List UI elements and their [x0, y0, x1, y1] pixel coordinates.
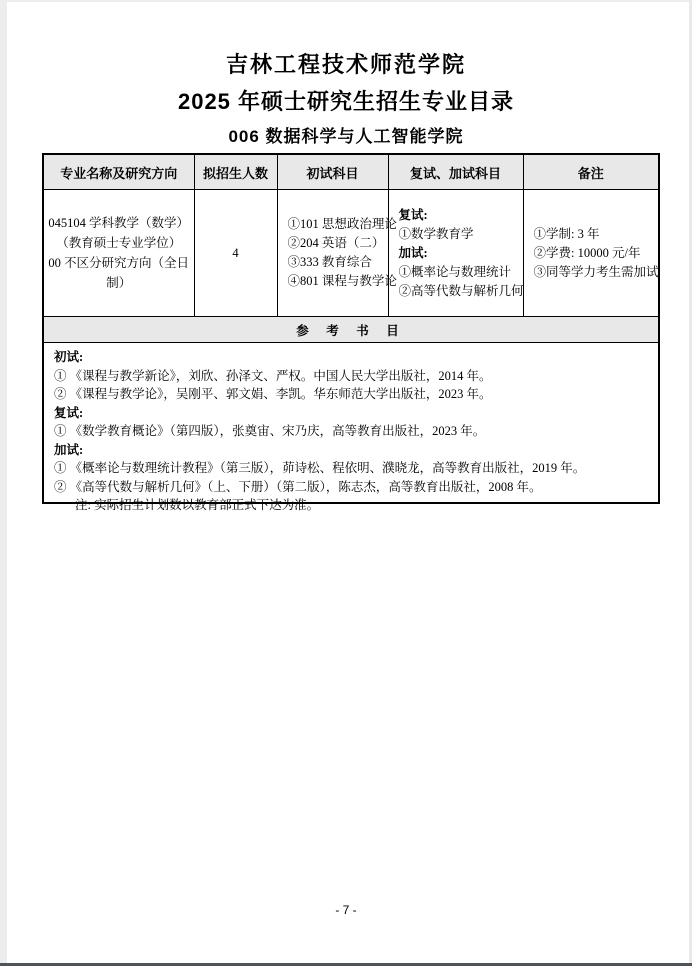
header-remarks: 备注 — [523, 154, 659, 190]
major-line: 045104 学科教学（数学） — [44, 213, 194, 233]
remark-line: ②学费: 10000 元/年 — [534, 244, 651, 263]
header-initial-exam: 初试科目 — [277, 154, 388, 190]
retest-line: ①数学教育学 — [399, 225, 515, 244]
reference-header-row: 参 考 书 目 — [43, 317, 659, 343]
footnote: 注: 实际招生计划数以教育部正式下达为准。 — [75, 495, 319, 513]
catalog-title: 2025 年硕士研究生招生专业目录 — [0, 89, 692, 115]
extra-test-label: 加试: — [399, 244, 515, 263]
university-title: 吉林工程技术师范学院 — [0, 52, 692, 78]
exam-line: ②204 英语（二） — [288, 234, 380, 253]
exam-line: ③333 教育综合 — [288, 253, 380, 272]
major-line: （教育硕士专业学位） — [44, 233, 194, 253]
reference-book: ① 《课程与教学新论》，刘欣、孙泽文、严权。中国人民大学出版社，2014 年。 — [54, 367, 650, 386]
reference-section-label: 加试: — [54, 441, 650, 460]
page-edge-top — [0, 0, 692, 2]
retest-cell: 复试: ①数学教育学 加试: ①概率论与数理统计 ②高等代数与解析几何 — [388, 190, 523, 317]
reference-list-cell: 初试: ① 《课程与教学新论》，刘欣、孙泽文、严权。中国人民大学出版社，2014… — [43, 343, 659, 504]
major-line: 00 不区分研究方向（全日制） — [44, 253, 194, 293]
enrollment-cell: 4 — [194, 190, 277, 317]
reference-body-row: 初试: ① 《课程与教学新论》，刘欣、孙泽文、严权。中国人民大学出版社，2014… — [43, 343, 659, 504]
reference-book: ① 《数学教育概论》（第四版），张奠宙、宋乃庆，高等教育出版社，2023 年。 — [54, 422, 650, 441]
remark-line: ③同等学力考生需加试 — [534, 263, 651, 282]
remarks-cell: ①学制: 3 年 ②学费: 10000 元/年 ③同等学力考生需加试 — [523, 190, 659, 317]
initial-exam-cell: ①101 思想政治理论 ②204 英语（二） ③333 教育综合 ④801 课程… — [277, 190, 388, 317]
exam-line: ④801 课程与教学论 — [288, 272, 380, 291]
retest-line: ②高等代数与解析几何 — [399, 282, 515, 301]
header-enrollment: 拟招生人数 — [194, 154, 277, 190]
college-title: 006 数据科学与人工智能学院 — [0, 127, 692, 147]
reference-section-label: 初试: — [54, 348, 650, 367]
header-major: 专业名称及研究方向 — [43, 154, 194, 190]
page-number: - 7 - — [0, 903, 692, 917]
header-retest: 复试、加试科目 — [388, 154, 523, 190]
program-row: 045104 学科教学（数学） （教育硕士专业学位） 00 不区分研究方向（全日… — [43, 190, 659, 317]
retest-label: 复试: — [399, 206, 515, 225]
retest-line: ①概率论与数理统计 — [399, 263, 515, 282]
reference-book: ① 《概率论与数理统计教程》（第三版），茆诗松、程依明、濮晓龙，高等教育出版社，… — [54, 459, 650, 478]
remark-line: ①学制: 3 年 — [534, 225, 651, 244]
reference-book: ② 《课程与教学论》，吴刚平、郭文娟、李凯。华东师范大学出版社，2023 年。 — [54, 385, 650, 404]
reference-book: ② 《高等代数与解析几何》（上、下册）（第二版），陈志杰，高等教育出版社，200… — [54, 478, 650, 497]
document-page: 吉林工程技术师范学院 2025 年硕士研究生招生专业目录 006 数据科学与人工… — [0, 0, 692, 966]
reference-section-label: 复试: — [54, 404, 650, 423]
major-cell: 045104 学科教学（数学） （教育硕士专业学位） 00 不区分研究方向（全日… — [43, 190, 194, 317]
admissions-table: 专业名称及研究方向 拟招生人数 初试科目 复试、加试科目 备注 045104 学… — [42, 153, 660, 504]
table-header-row: 专业名称及研究方向 拟招生人数 初试科目 复试、加试科目 备注 — [43, 154, 659, 190]
exam-line: ①101 思想政治理论 — [288, 215, 380, 234]
reference-title: 参 考 书 目 — [43, 317, 659, 343]
